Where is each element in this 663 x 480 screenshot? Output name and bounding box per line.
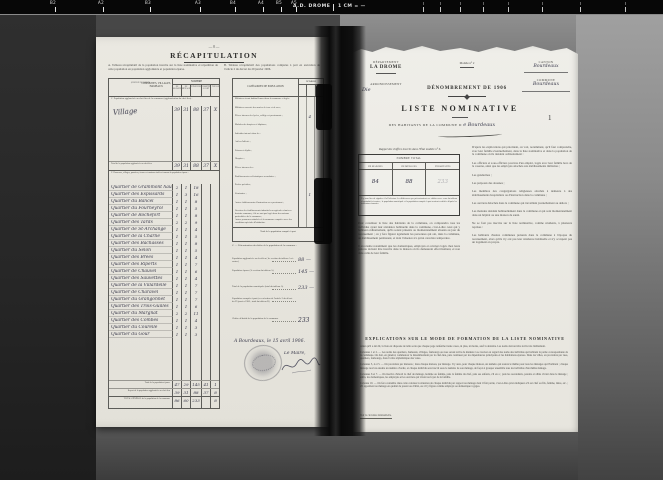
binding-spine-shadow [314,26,366,436]
handwritten-number: 86 [173,397,181,404]
table-b-row: Militaires vivant habituellement dans la… [233,97,323,106]
table-a-cell: 16 [191,191,202,198]
table-a-cell: 1 [182,233,191,240]
handwritten-number: 145 [191,381,201,388]
ruler-tick-minor [542,2,543,5]
handwritten-hamlet-name: Quartier des Riperts [111,262,157,267]
table-a-cell: 5 [191,247,202,254]
fine-print-paragraph: Les préposés des douanes ; [472,182,572,186]
table-a-cell: 1 [173,226,182,233]
table-a-empty-row [109,373,219,380]
handwritten-number: 1 [182,212,190,219]
handwritten-number: 7 [191,296,201,303]
right-page-liste-nominative: DÉPARTEMENT LA DROME ARRONDISSEMENT Die … [352,46,578,432]
table-a-column-header: DE MAISONS [173,85,182,96]
table-a-hamlet-label-cell: Quartier de la Villardelle [109,282,173,289]
table-a-cell [182,359,191,366]
handwritten-number: 16 [191,191,201,198]
ruler-tick-label: B5 [276,1,282,6]
handwritten-number: 1 [182,184,190,191]
handwritten-number: 1 [211,381,220,388]
table-b-row-label: Militaires vivant habituellement dans la… [233,97,299,106]
section-c-dotted-leader [272,273,296,274]
fine-print-paragraph: Colonnes 6 et 7. — On inscrira d'abord l… [360,373,568,380]
section-c-determination: C. — Détermination du chiffre de la popu… [232,245,326,335]
ruler-tick-minor [483,2,484,5]
table-a-cell: 1 [182,303,191,310]
subtitle-line: DES HABITANTS DE LA COMMUNE D e Bourdeau… [362,122,522,128]
table-a-cell: 8 [191,240,202,247]
table-b-cell [299,106,307,115]
handwritten-hamlet-name: Quartier de St-Archange [111,227,166,232]
table-a-cell: 31 [182,106,191,161]
handwritten-hamlet-name: Quartier des Trois-Guilles [111,304,169,309]
table-a-cell: 8 [191,212,202,219]
table-a-cell [202,219,211,226]
handwritten-number: 1 [173,205,181,212]
table-b-header: CATÉGORIES DE POPULATION NOMBRE [233,79,323,97]
table-b-cell [299,140,307,149]
table-a-cell [202,191,211,198]
table-a-cell [202,261,211,268]
table-a-cell [211,254,220,261]
subtitle-prefix: DES HABITANTS DE LA COMMUNE D [389,123,462,127]
handwritten-recall-value: 84 [372,179,379,185]
table-a-cell: 39 [173,106,182,161]
table-a-hamlet-row: Quartier du Selon115 [109,247,219,254]
commune-value: Bourdeaux [522,82,570,87]
handwritten-number: 9 [191,219,201,226]
table-b-row: Individus internés dans les : [233,132,323,141]
fine-print-paragraph: Les officiers et sous-officiers pourvus … [472,162,572,169]
table-a-hamlet-row: Quartier de St-Archange114 [109,226,219,233]
table-a-section2-caption: 2° Hameaux, villages, quartiers, fermes … [109,171,219,184]
table-a-cell: 1 [173,233,182,240]
table-a-cell: 1 [173,317,182,324]
body-column-left: Pour constituer la liste des habitants d… [358,222,460,260]
table-a-cell: 88 [191,389,202,396]
archive-label: A.D. DROME [293,4,331,9]
table-a-column-header: D'INDIVIDUS [191,85,202,96]
table-a-cell: 4 [191,317,202,324]
table-b-row-label: Asiles d'aliénés ; [233,140,299,149]
table-b-row: Prisons et dépôts ; [233,149,323,158]
handwritten-number: 39 [173,164,181,170]
handwritten-number: 4 [191,226,201,233]
ruler-tick-minor [440,2,441,5]
canton-rule [524,72,568,73]
ruler-tick-label: B2 [50,1,56,6]
handwritten-population-value: 145 — [298,269,314,275]
table-a-cell: 4 [191,254,202,261]
table-b-row-label: Élèves internes des lycées, collèges et … [233,114,299,123]
fine-print-paragraph: Les ouvriers détachés dans la commune qu… [472,202,572,206]
table-a-hamlet-label-cell: Quartier du Selon [109,247,173,254]
section-c-dotted-leader [272,261,296,262]
fine-print-paragraph: Les gendarmes ; [472,174,572,178]
table-a-hamlet-label-cell: Quartier du Grangonnet [109,296,173,303]
table-a-cell: 1 [173,324,182,331]
recall-box-column-header: D'HABITANTS [426,163,459,169]
title-dash [452,117,468,118]
handwritten-hamlet-name: Quartier des Combes [111,318,158,323]
table-a-cell [211,282,220,289]
ruler-tick [580,7,581,12]
table-a-hamlet-row: Quartier du Bancel118 [109,198,219,205]
table-a-cell [202,366,211,373]
table-a-total-label: Total de la population agglomérée au che… [109,162,173,170]
table-b-row: Autres établissements d'instruction avec… [233,201,323,210]
table-a-hamlet-row: Quartier du Margnat2211 [109,310,219,317]
handwritten-number: 8 [211,389,220,396]
flourish-line [448,96,486,97]
table-a-cell [211,352,220,359]
table-a-cell: 1 [182,317,191,324]
table-a-hamlet-row: Quartier des Bachasses118 [109,240,219,247]
table-a-cell: 39 [173,389,182,396]
table-a-village-row: Village39318837X [109,106,219,161]
table-a-hamlet-label-cell: Quartier des Tards [109,219,173,226]
table-a-cell: 47 [173,381,182,388]
table-a-cell: 37 [202,389,211,396]
table-a-header-right: NOMBRE DE MAISONSDE MÉNAGESD'INDIVIDUSCO… [173,79,220,96]
handwritten-number: 88 [191,389,201,396]
table-b-cell [299,149,307,158]
handwritten-number: 1 [173,296,181,303]
table-a-hamlet-label-cell: Quartier de Charavel [109,289,173,296]
table-a-cell: 8 [211,389,220,396]
table-a-cell [211,212,220,219]
mairie-stamp [241,341,286,384]
handwritten-number: 1 [182,261,190,268]
fine-print-paragraph: Pour constituer la liste des habitants d… [358,222,460,241]
handwritten-number: 1 [173,247,181,254]
handwritten-number: 1 [173,212,181,219]
handwritten-number: 3 [182,191,190,198]
table-a-cell [211,366,220,373]
table-b-row-label: Autres établissements d'instruction avec… [233,201,299,210]
table-a-cell: 145 [191,381,202,388]
handwritten-population-value: 88 — [298,257,311,263]
table-a-cell: 1 [182,240,191,247]
table-a-totals-row: Total de la population éparse4729145411 [109,380,219,388]
table-a-cell: 1 [173,191,182,198]
table-a-cell: 1 [173,198,182,205]
handwritten-number: 1 [182,275,190,282]
fine-print-paragraph: Les membres des congrégations religieuse… [472,190,572,197]
handwritten-number: 1 [182,240,190,247]
table-b-cell [299,132,307,141]
table-b-row-label: Écoles spéciales ; [233,183,299,192]
table-b-row-label: Élèves internes des : [233,166,299,175]
explanations-title: EXPLICATIONS SUR LE MODE DE FORMATION DE… [362,336,568,341]
table-a-cell [202,345,211,352]
table-a-cell: 6 [191,303,202,310]
handwritten-number: 1 [182,303,190,310]
table-a-hamlet-label-cell: Quartier du Bancel [109,198,173,205]
table-a-hamlet-label-cell: Quartier des Bachasses [109,240,173,247]
ruler-tick [150,7,151,12]
table-a-cell [202,331,211,338]
handwritten-number: 1 [173,261,181,268]
table-a-column-headers: DE MAISONSDE MÉNAGESD'INDIVIDUSCOMPTÉE À… [173,85,220,96]
handwritten-number: 29 [182,381,190,388]
table-a-cell [211,303,220,310]
handwritten-number: X [211,108,220,114]
section-c-dotted-leader [272,321,296,322]
table-a-empty-label-cell [109,366,173,373]
table-a-cell [202,296,211,303]
table-a-cell [202,226,211,233]
handwritten-recall-value: 233 [437,179,448,185]
handwritten-number: 5 [191,205,201,212]
table-a-cell: 4 [191,275,202,282]
table-a-cell: 1 [173,212,182,219]
handwritten-number: 37 [202,108,210,114]
table-a-cell: 2 [173,219,182,226]
table-a-cell: 1 [182,324,191,331]
table-a-cell: 7 [191,282,202,289]
table-a-cell [173,338,182,345]
ruler-tick [542,7,543,12]
table-b-row: Élèves internes des : [233,166,323,175]
recall-box-value-cell: 88 [393,170,427,195]
table-a-cell: 1 [182,275,191,282]
table-a-cell [211,205,220,212]
table-a-cell: 8 [191,198,202,205]
table-a-cell [182,352,191,359]
table-a-cell [202,397,211,408]
canton-value: Bourdeaux [524,64,568,69]
table-a-cell: 31 [182,389,191,396]
table-a-cell: 1 [182,247,191,254]
table-a-hamlet-row: Quartier du Fourneyrol115 [109,205,219,212]
handwritten-number: 8 [191,240,201,247]
ruler-tick [263,7,264,12]
table-b-row-label: Individus internés dans les : [233,132,299,141]
handwritten-village-name: Village [113,107,138,117]
table-a-cell [211,296,220,303]
filmstrip-ruler-bar: A.D. DROME 1 CM = — B2A2B3A3B4A4B5A5 [0,0,663,15]
background-left [0,15,96,480]
ruler-tick-label: A2 [98,1,104,6]
table-a-cell [191,338,202,345]
table-a-cell: 8 [211,397,220,408]
department-value: LA DROME [358,65,414,70]
table-a-empty-row [109,338,219,345]
recall-box-column-header: DE MÉNAGES [393,163,427,169]
handwritten-number: 1 [173,275,181,282]
handwritten-number: 5 [191,247,201,254]
handwritten-number: 1 [173,331,181,338]
handwritten-number: 31 [182,108,190,114]
table-a-cell [211,331,220,338]
handwritten-number: 1 [182,324,190,331]
table-a-hamlet-label-cell: Quartier de Rochefort [109,212,173,219]
table-b-row: Asiles d'aliénés ; [233,140,323,149]
handwritten-number: 1 [173,233,181,240]
ruler-tick [281,7,282,12]
table-b-row: Élèves internes des lycées, collèges et … [233,114,323,123]
table-b-row-label: Autres personnes rattachées à la commune… [233,218,299,227]
table-a-cell: 2 [182,219,191,226]
table-a-cell: 1 [182,254,191,261]
handwritten-number: 6 [191,303,201,310]
intro-paragraph-a: A. Tableau récapitulatif de la populatio… [108,64,218,78]
handwritten-number: 4 [191,275,201,282]
handwritten-number: 6 [191,268,201,275]
table-a-totals-label: Report de la population agglomérée au ch… [109,389,173,396]
table-a-cell [173,345,182,352]
table-a-hamlet-row: Quartier du Grangonnet117 [109,296,219,303]
ruler-tick [440,7,441,12]
table-a-cell [191,359,202,366]
table-b-cell [299,123,307,132]
table-a-cell: 5 [191,233,202,240]
table-a-cell [211,191,220,198]
handwritten-number: 1 [182,198,190,205]
table-a-header: COMMUNES, VILLAGES, HAMEAUX (ORDRE DU BO… [109,79,219,97]
ruler-tick [460,7,461,12]
table-b-row: Ouvriers des établissements industriels … [233,209,323,218]
table-a-empty-label-cell [109,345,173,352]
table-a-cell [211,240,220,247]
table-a-cell [202,338,211,345]
handwritten-hamlet-name: Quartier de Grammont haut [111,185,173,190]
ruler-tick-minor [508,2,509,5]
fine-print-paragraph: Les habitants d'autres communes présents… [472,234,572,245]
ruler-tick-label: B3 [145,1,151,6]
table-a-hamlet-row: Quartier des Trois-Guilles116 [109,303,219,310]
table-a-cell [191,345,202,352]
fine-print-paragraph: Il en résulte notamment que les domestiq… [358,245,460,256]
table-b-header-label: CATÉGORIES DE POPULATION [233,79,299,96]
handwritten-number: 1 [182,289,190,296]
table-a-cell [202,324,211,331]
handwritten-number: 7 [191,282,201,289]
table-b-row: Séminaires ;1 [233,192,323,201]
table-a-cell [191,373,202,380]
handwritten-hamlet-name: Quartier de la Villardelle [111,283,166,288]
handwritten-hamlet-name: Quartier de la Charlie [111,234,160,239]
table-a-hamlet-row: Quartier des Combes114 [109,317,219,324]
handwritten-number: 18 [191,184,201,191]
table-a-hamlet-row: Quartier de Charavel117 [109,289,219,296]
table-b-row-label: Malades des hospices et hôpitaux ; [233,123,299,132]
recall-box-values: 8488233 [359,170,459,196]
table-a-cell [202,282,211,289]
handwritten-hamlet-name: Quartier des Tards [111,220,153,225]
handwritten-number: 7 [191,261,201,268]
handwritten-number: 1 [173,317,181,324]
table-a-hamlet-row: Quartier des Sauvettes114 [109,275,219,282]
table-b-row: Hospices ; [233,157,323,166]
table-a-cell [202,359,211,366]
table-a-hamlet-label-cell: Quartier des Sauvettes [109,275,173,282]
table-a-cell: 7 [191,289,202,296]
handwritten-number: 88 [191,108,201,114]
handwritten-number: 233 [191,397,201,404]
fine-print-paragraph: Colonnes 1 et 2. — Les noms des quartier… [360,351,568,361]
handwritten-hamlet-name: Quartier du Bancel [111,199,154,204]
ruler-tick [235,7,236,12]
table-a-empty-row [109,359,219,366]
body-column-right: D'après les explications qui précèdent, … [472,146,572,249]
explanations-paragraphs: Ainsi qu'il a été dit, la liste est disp… [360,345,568,391]
table-a-hamlet-row: Quartier de la Villardelle117 [109,282,219,289]
table-a-cell [202,254,211,261]
handwritten-hamlet-name: Quartier du Fourneyrol [111,206,163,211]
table-a-cell: 2 [182,310,191,317]
handwritten-hamlet-name: Quartier du Selon [111,248,151,253]
table-a-cell [211,184,220,191]
handwritten-population-value: 233 [298,317,309,324]
table-a-empty-label-cell [109,373,173,380]
table-a-cell: 1 [182,205,191,212]
handwritten-number: 1 [182,317,190,324]
table-b-total-label: Total de la population comptée à part [233,227,323,241]
intro-paragraph-b: B. Tableau récapitulatif des populations… [224,64,320,78]
handwritten-hamlet-name: Quartier du Margnat [111,311,158,316]
handwritten-number: 4 [191,317,201,324]
table-a-cell: 1 [173,275,182,282]
handwritten-number: 37 [202,164,210,170]
table-a-hamlet-row: Quartier de Rochefort118 [109,212,219,219]
handwritten-number: 3 [191,331,201,338]
handwritten-population-value: 233 — [298,285,314,291]
handwritten-number: 1 [173,226,181,233]
fine-print-paragraph: Colonne 10. — On fera connaître dans cet… [360,382,568,389]
ruler-tick-label: A4 [258,1,264,6]
table-a-cell: 1 [173,240,182,247]
scale-label: 1 CM = — [338,4,366,9]
table-a-hamlet-label-cell: Quartier des Espissards [109,191,173,198]
section-c-dotted-leader [272,301,296,302]
table-a-cell: 1 [182,296,191,303]
handwritten-mark: 1 [308,192,311,197]
handwritten-hamlet-name: Quartier des Sauvettes [111,276,162,281]
table-a-cell [182,366,191,373]
table-a-cell: X [211,106,220,161]
table-b-row-label: Séminaires ; [233,192,299,201]
table-a-hamlet-label-cell: Quartier des Riperts [109,261,173,268]
table-a-cell [202,233,211,240]
table-a-hamlet-row: Quartier du Courelle113 [109,324,219,331]
table-a-section1-caption: 1° Population agglomérée au chef-lieu de… [109,97,219,106]
handwritten-number: 31 [182,164,190,170]
fine-print-paragraph: D'après les explications qui précèdent, … [472,146,572,157]
table-a-hamlet-row: Quartier des Tards229 [109,219,219,226]
table-a-cell: 9 [191,219,202,226]
table-a-cell [202,184,211,191]
table-a-empty-row [109,352,219,359]
handwritten-number: 39 [173,389,181,396]
table-a-empty-label-cell [109,338,173,345]
table-a-hamlet-label-cell: Quartier du Margnat [109,310,173,317]
table-a-hamlet-label-cell: Quartier du Gour [109,331,173,338]
handwritten-number: 60 [182,397,190,404]
table-a-cell: 233 [191,397,202,408]
table-a-hamlet-label-cell: Quartier du Fourneyrol [109,205,173,212]
table-a-cell: 37 [202,162,211,170]
department-label: DÉPARTEMENT [358,60,414,64]
handwritten-number: 4 [191,254,201,261]
handwritten-number: 1 [173,289,181,296]
handwritten-number: 3 [191,324,201,331]
table-a-cell [211,261,220,268]
handwritten-hamlet-name: Quartier de Charavel [111,290,158,295]
table-a-cell: 1 [173,282,182,289]
